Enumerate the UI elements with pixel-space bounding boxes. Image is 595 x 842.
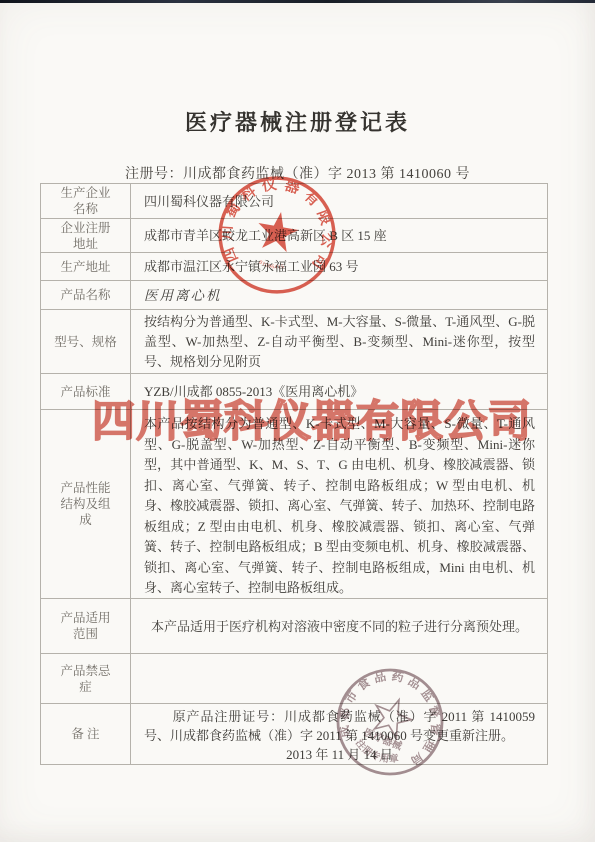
row-value: 原产品注册证号：川成都食药监械（准）字 2011 第 1410059 号、川成都…	[131, 704, 547, 764]
table-row-product-standard: 产品标准 YZB/川成都 0855-2013《医用离心机》	[41, 373, 547, 409]
row-label: 型号、规格	[41, 310, 131, 373]
remark-text: 原产品注册证号：川成都食药监械（准）字 2011 第 1410059 号、川成都…	[144, 707, 535, 745]
remark-date: 2013 年 11 月 14 日	[144, 745, 535, 764]
table-row-model-spec: 型号、规格 按结构分为普通型、K-卡式型、M-大容量、S-微量、T-通风型、G-…	[41, 309, 547, 373]
table-row-performance-composition: 产品性能 结构及组 成 本产品按结构分为普通型、K-卡式型、M-大容量、S-微量…	[41, 409, 547, 598]
registration-table: 生产企业 名称 四川蜀科仪器有限公司 企业注册 地址 成都市青羊区蛟龙工业港高新…	[40, 183, 548, 765]
row-value: 按结构分为普通型、K-卡式型、M-大容量、S-微量、T-通风型、G-脱盖型、W-…	[131, 310, 547, 373]
table-row-contraindications: 产品禁忌 症	[41, 653, 547, 703]
row-label: 产品标准	[41, 374, 131, 409]
table-row-manufacturer-name: 生产企业 名称 四川蜀科仪器有限公司	[41, 184, 547, 218]
row-label: 备 注	[41, 704, 131, 764]
row-value: 本产品按结构分为普通型、K-卡式型、M-大容量、S-微量、T-通风型、G-脱盖型…	[131, 410, 547, 598]
row-label: 生产地址	[41, 253, 131, 280]
row-value: 成都市温江区永宁镇永福工业园 63 号	[131, 253, 547, 280]
table-row-scope-of-application: 产品适用 范围 本产品适用于医疗机构对溶液中密度不同的粒子进行分离预处理。	[41, 598, 547, 653]
row-label: 企业注册 地址	[41, 219, 131, 252]
row-label: 产品名称	[41, 281, 131, 309]
row-label: 生产企业 名称	[41, 184, 131, 218]
table-row-remarks: 备 注 原产品注册证号：川成都食药监械（准）字 2011 第 1410059 号…	[41, 703, 547, 764]
page-title: 医疗器械注册登记表	[0, 106, 595, 137]
table-row-registered-address: 企业注册 地址 成都市青羊区蛟龙工业港高新区 B 区 15 座	[41, 218, 547, 252]
row-value: 四川蜀科仪器有限公司	[131, 184, 547, 218]
row-label: 产品禁忌 症	[41, 654, 131, 703]
table-row-production-address: 生产地址 成都市温江区永宁镇永福工业园 63 号	[41, 252, 547, 280]
row-label: 产品性能 结构及组 成	[41, 410, 131, 598]
table-row-product-name: 产品名称 医用离心机	[41, 280, 547, 309]
row-value	[131, 654, 547, 703]
row-value: 成都市青羊区蛟龙工业港高新区 B 区 15 座	[131, 219, 547, 252]
scanned-registration-form: 医疗器械注册登记表 注册号：川成都食药监械（准）字 2013 第 1410060…	[0, 0, 595, 842]
registration-number-line: 注册号：川成都食药监械（准）字 2013 第 1410060 号	[0, 163, 595, 183]
row-label: 产品适用 范围	[41, 599, 131, 653]
row-value: 医用离心机	[131, 281, 547, 309]
scan-edge	[0, 0, 595, 3]
row-value: YZB/川成都 0855-2013《医用离心机》	[131, 374, 547, 409]
row-value: 本产品适用于医疗机构对溶液中密度不同的粒子进行分离预处理。	[131, 599, 547, 653]
